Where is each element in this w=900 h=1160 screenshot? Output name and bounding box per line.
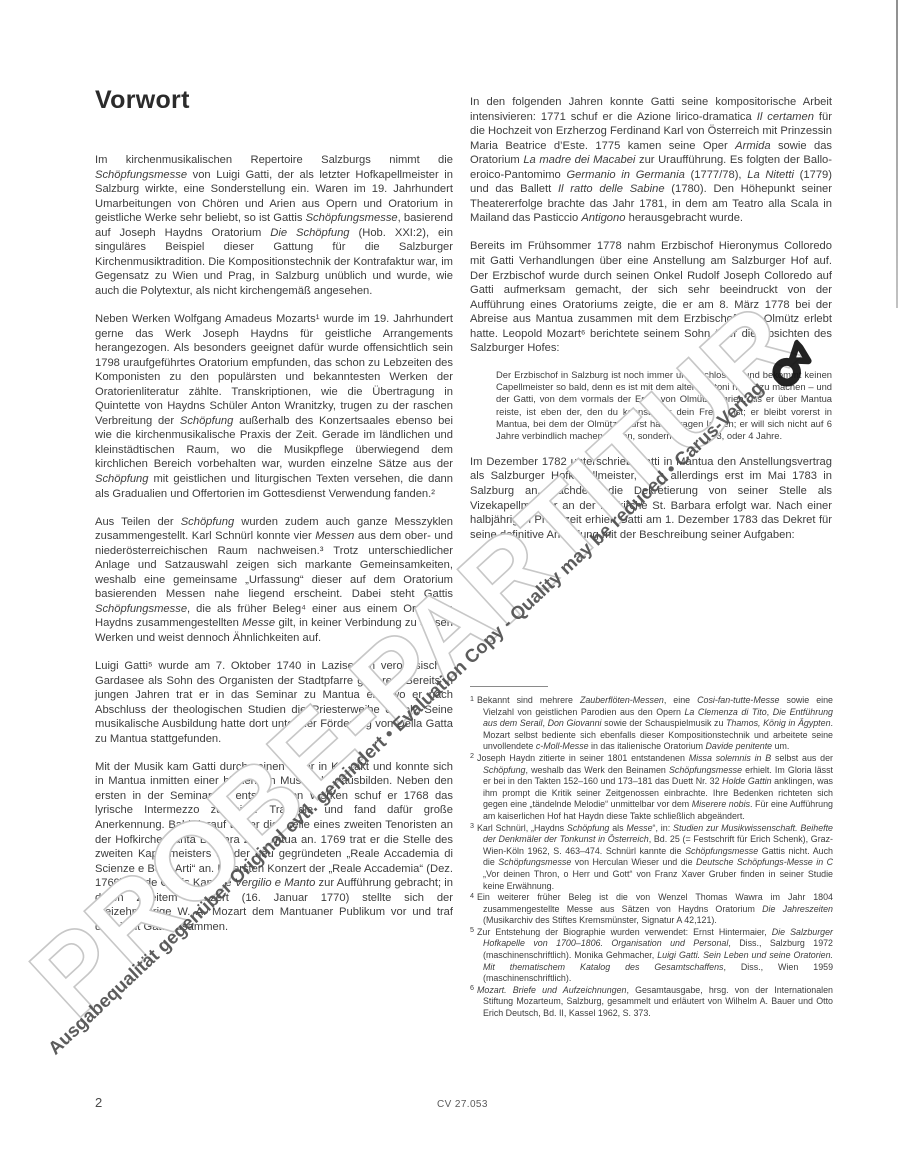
footnote-text: Mozart. Briefe und Aufzeichnungen, Gesam… [477, 985, 833, 1018]
paragraph-right-1: In den folgenden Jahren konnte Gatti sei… [470, 95, 832, 226]
footnotes-section: 1Bekannt sind mehrere Zauberflöten-Messe… [470, 686, 833, 1020]
footnote-marker: 6 [470, 983, 474, 992]
footnote-text: Zur Entstehung der Biographie wurden ver… [477, 927, 833, 983]
footnote-text: Karl Schnürl, „Haydns Schöpfung als Mess… [477, 823, 833, 891]
footnote-marker: 2 [470, 751, 474, 760]
paragraph-left-1: Im kirchenmusikalischen Repertoire Salzb… [95, 153, 453, 298]
footnote-3: 3Karl Schnürl, „Haydns Schöpfung als Mes… [470, 823, 833, 893]
paragraph-left-2: Neben Werken Wolfgang Amadeus Mozarts¹ w… [95, 312, 453, 501]
footnote-marker: 3 [470, 821, 474, 830]
footnote-1: 1Bekannt sind mehrere Zauberflöten-Messe… [470, 695, 833, 753]
paragraph-left-5: Mit der Musik kam Gatti durch seinen Vat… [95, 760, 453, 935]
footnote-marker: 4 [470, 891, 474, 900]
footnote-separator [470, 686, 548, 687]
paragraph-left-3: Aus Teilen der Schöpfung wurden zudem au… [95, 515, 453, 646]
footnote-marker: 1 [470, 694, 474, 703]
page-edge-line [896, 0, 898, 308]
footnote-6: 6Mozart. Briefe und Aufzeichnungen, Gesa… [470, 985, 833, 1020]
document-page: Vorwort Im kirchenmusikalischen Repertoi… [0, 0, 900, 1160]
footnote-text: Ein weiterer früher Beleg ist die von We… [477, 892, 833, 925]
page-title: Vorwort [95, 86, 453, 115]
footnote-2: 2Joseph Haydn zitierte in seiner 1801 en… [470, 753, 833, 823]
footnote-text: Bekannt sind mehrere Zauberflöten-Messen… [477, 695, 833, 751]
left-column: Vorwort Im kirchenmusikalischen Repertoi… [95, 86, 453, 948]
paragraph-right-3: Im Dezember 1782 unterschrieb Gatti in M… [470, 455, 832, 542]
footnote-marker: 5 [470, 925, 474, 934]
plate-number: CV 27.053 [437, 1099, 488, 1110]
right-column: In den folgenden Jahren konnte Gatti sei… [470, 95, 832, 556]
paragraph-right-2: Bereits im Frühsommer 1778 nahm Erzbisch… [470, 239, 832, 355]
footnote-5: 5Zur Entstehung der Biographie wurden ve… [470, 927, 833, 985]
letter-quote: Der Erzbischof in Salzburg ist noch imme… [496, 369, 832, 442]
paragraph-left-4: Luigi Gatti⁵ wurde am 7. Oktober 1740 in… [95, 659, 453, 746]
footnote-4: 4Ein weiterer früher Beleg ist die von W… [470, 892, 833, 927]
page-number: 2 [95, 1095, 102, 1110]
footnote-text: Joseph Haydn zitierte in seiner 1801 ent… [477, 753, 833, 821]
